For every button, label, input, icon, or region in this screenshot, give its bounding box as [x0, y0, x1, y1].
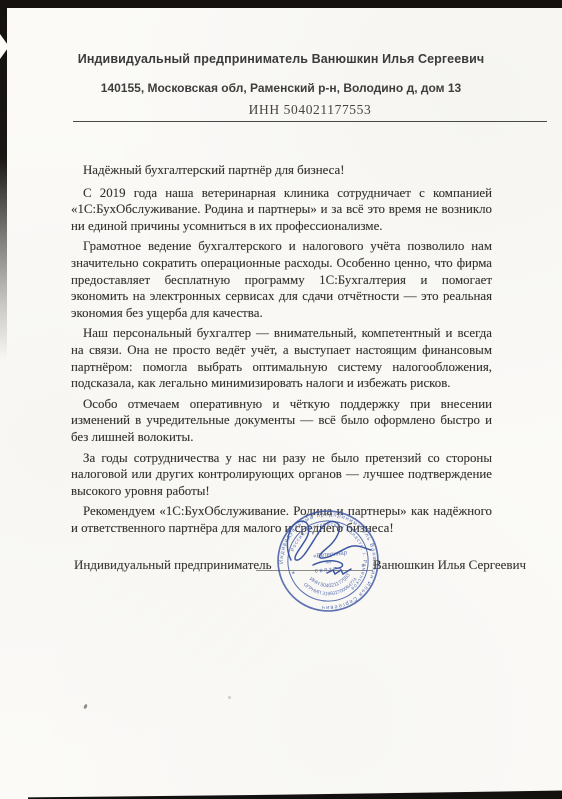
scan-artifact-left-edge	[0, 8, 7, 360]
scan-artifact-top-edge	[0, 0, 562, 8]
scan-speck	[228, 696, 231, 699]
paragraph-accounting: Грамотное ведение бухгалтерского и налог…	[71, 238, 492, 321]
signature-person-name: Ванюшкин Илья Сергеевич	[373, 557, 526, 573]
letterhead-divider	[73, 121, 547, 122]
paragraph-no-claims: За годы сотрудничества у нас ни разу не …	[71, 450, 492, 500]
scan-speck	[83, 704, 88, 710]
paragraph-support: Особо отмечаем оперативную и чёткую подд…	[71, 396, 492, 446]
letter-body: Надёжный бухгалтерский партнёр для бизне…	[71, 162, 492, 536]
letterhead-inn: ИНН 504021177553	[73, 102, 547, 118]
signature-flourish	[287, 521, 371, 560]
letterhead: Индивидуальный предприниматель Ванюшкин …	[0, 0, 562, 122]
signature-role-label: Индивидуальный предприниматель	[74, 557, 272, 573]
scanned-letter-page: Индивидуальный предприниматель Ванюшкин …	[0, 0, 562, 799]
letterhead-address: 140155, Московская обл, Раменский р-н, В…	[0, 81, 562, 95]
paragraph-cooperation: С 2019 года наша ветеринарная клиника со…	[71, 185, 492, 235]
letterhead-entrepreneur-name: Индивидуальный предприниматель Ванюшкин …	[0, 0, 562, 66]
letter-title: Надёжный бухгалтерский партнёр для бизне…	[71, 162, 492, 179]
paragraph-personal-accountant: Наш персональный бухгалтер — внимательны…	[71, 325, 492, 391]
letterhead-inn-block: ИНН 504021177553	[73, 102, 547, 122]
signature-zigzag	[327, 569, 351, 574]
scan-artifact-bottom-edge	[28, 790, 562, 799]
signature-strike	[313, 561, 343, 568]
